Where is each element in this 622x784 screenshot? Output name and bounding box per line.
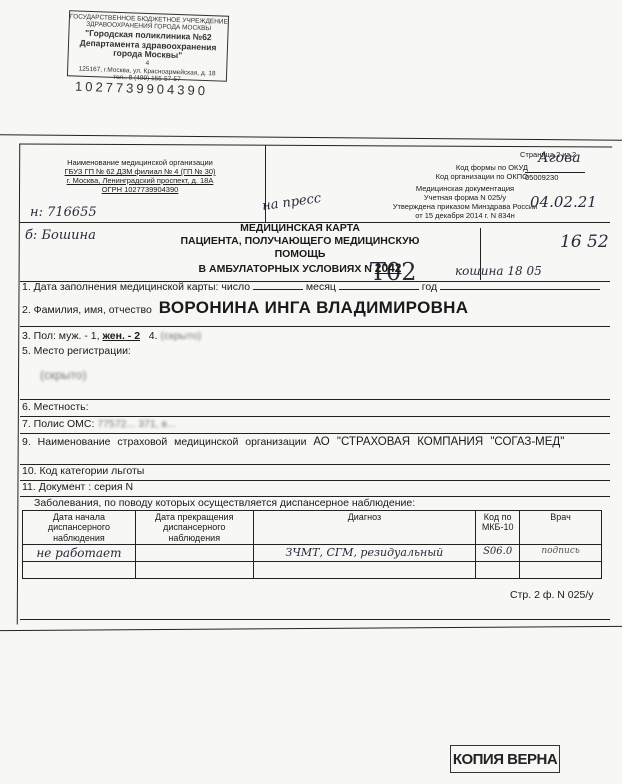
cell	[520, 562, 602, 579]
patient-name: ВОРОНИНА ИНГА ВЛАДИМИРОВНА	[159, 298, 469, 317]
field-label: 9. Наименование страховой медицинской ор…	[22, 436, 306, 448]
handwritten-extra: кошина 18 05	[455, 264, 542, 278]
doc-line: Медицинская документация	[370, 184, 560, 193]
cell	[135, 562, 253, 579]
handwritten-n: н: 716655	[30, 205, 97, 220]
codes-labels: Код формы по ОКУД Код организации по ОКП…	[378, 163, 528, 181]
field-label: 7. Полис ОМС:	[22, 418, 94, 430]
sex-female: жен. - 2	[102, 330, 140, 342]
oms-policy-value: 77572... 371, в...	[97, 418, 176, 430]
year-blank	[440, 289, 600, 290]
title-line3: В АМБУЛАТОРНЫХ УСЛОВИЯХ N	[199, 263, 372, 275]
org-name: ГБУЗ ГП № 62 ДЗМ филиал № 4 (ГП № 30)	[40, 167, 240, 176]
doc-line: от 15 декабря 2014 г. N 834н	[370, 211, 560, 220]
divider	[20, 326, 610, 327]
org-ogrn: ОГРН 1027739904390	[40, 185, 240, 194]
cell-icd10: S06.0	[476, 545, 520, 562]
insurance-company: АО "СТРАХОВАЯ КОМПАНИЯ "СОГАЗ-МЕД"	[313, 436, 564, 448]
title-line1: МЕДИЦИНСКАЯ КАРТА	[170, 222, 430, 235]
field-4-value: (скрыто)	[160, 330, 201, 342]
codes-values: 05009230	[525, 163, 585, 182]
divider	[20, 399, 610, 400]
field-7: 7. Полис ОМС: 77572... 371, в...	[22, 418, 176, 430]
field-9: 9. Наименование страховой медицинской ор…	[22, 435, 602, 451]
col-diagnosis: Диагноз	[253, 511, 476, 545]
handwritten-date: 04.02.21	[530, 193, 597, 211]
field-11: 11. Документ : серия N	[22, 481, 133, 493]
field-label: 1. Дата заполнения медицинской карты: чи…	[22, 281, 250, 293]
day-blank	[253, 289, 303, 290]
okpo-label: Код организации по ОКПО	[378, 172, 528, 181]
institution-stamp: ГОСУДАРСТВЕННОЕ БЮДЖЕТНОЕ УЧРЕЖДЕНИЕ ЗДР…	[67, 10, 229, 82]
table-row	[23, 562, 602, 579]
paper-edge	[0, 134, 622, 141]
form-reference: Стр. 2 ф. N 025/у	[510, 589, 593, 601]
col-icd10: Код по МКБ-10	[476, 511, 520, 545]
field-5: 5. Место регистрации:	[22, 345, 131, 357]
field-label: 2. Фамилия, имя, отчество	[22, 304, 152, 316]
cell	[253, 562, 476, 579]
col-start-date: Дата начала диспансерного наблюдения	[23, 511, 136, 545]
org-address: г. Москва, Ленинградский проспект, д. 18…	[40, 176, 240, 185]
field-3-4: 3. Пол: муж. - 1, жен. - 2 4. (скрыто)	[22, 330, 201, 342]
org-block: Наименование медицинской организации ГБУ…	[40, 158, 240, 194]
field-6: 6. Местность:	[22, 401, 89, 413]
field-12: Заболевания, по поводу которых осуществл…	[34, 497, 415, 509]
field-2: 2. Фамилия, имя, отчество ВОРОНИНА ИНГА …	[22, 298, 468, 318]
field-5-value: (скрыто)	[40, 368, 87, 382]
divider	[480, 228, 481, 280]
month-blank	[339, 289, 419, 290]
divider	[265, 145, 266, 223]
table-header-row: Дата начала диспансерного наблюдения Дат…	[23, 511, 602, 545]
okpo-value: 05009230	[525, 173, 585, 182]
field-label: 4.	[149, 330, 158, 342]
cell-end-date	[135, 545, 253, 562]
dispensary-table: Дата начала диспансерного наблюдения Дат…	[22, 510, 602, 579]
card-number: 2042	[375, 261, 402, 275]
cell-doctor-signature: подпись	[520, 545, 602, 562]
col-doctor: Врач	[520, 511, 602, 545]
paper-edge	[0, 626, 622, 632]
cell	[476, 562, 520, 579]
org-label: Наименование медицинской организации	[40, 158, 240, 167]
field-10: 10. Код категории льготы	[22, 465, 144, 477]
table-row: не работает ЗЧМТ, СГМ, резидуальный S06.…	[23, 545, 602, 562]
cell-diagnosis: ЗЧМТ, СГМ, резидуальный	[253, 545, 476, 562]
title-line2: ПАЦИЕНТА, ПОЛУЧАЮЩЕГО МЕДИЦИНСКУЮ ПОМОЩЬ	[170, 235, 430, 261]
field-label: 5. Место регистрации:	[22, 345, 131, 357]
cell	[23, 562, 136, 579]
handwritten-b: б: Бошина	[25, 228, 96, 243]
okud-value	[525, 163, 585, 173]
copy-certified-stamp: КОПИЯ ВЕРНА	[450, 745, 560, 773]
field-label: год	[422, 281, 437, 293]
field-label: 3. Пол: муж. - 1,	[22, 330, 100, 342]
field-label: месяц	[306, 281, 336, 293]
cell-start-date: не работает	[23, 545, 136, 562]
divider	[20, 619, 610, 620]
field-1: 1. Дата заполнения медицинской карты: чи…	[22, 281, 600, 293]
card-title: МЕДИЦИНСКАЯ КАРТА ПАЦИЕНТА, ПОЛУЧАЮЩЕГО …	[170, 222, 430, 277]
handwritten-time: 16 52	[560, 232, 609, 252]
okud-label: Код формы по ОКУД	[378, 163, 528, 172]
col-end-date: Дата прекращения диспансерного наблюдени…	[135, 511, 253, 545]
